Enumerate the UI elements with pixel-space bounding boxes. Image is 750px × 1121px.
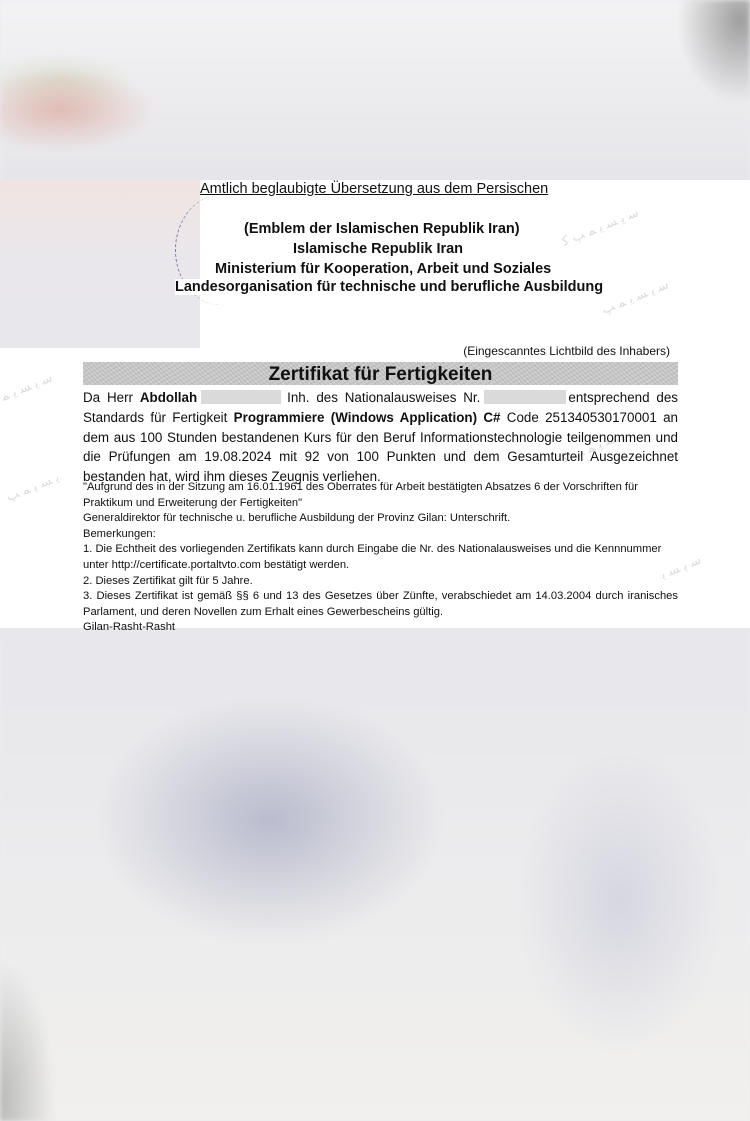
remark-item: 3. Dieses Zertifikat ist gemäß §§ 6 und … bbox=[83, 589, 678, 620]
translation-note: Amtlich beglaubigte Übersetzung aus dem … bbox=[200, 181, 540, 197]
redacted-surname bbox=[201, 390, 281, 404]
blurred-lower-region bbox=[0, 628, 750, 1121]
blurred-corner bbox=[0, 180, 200, 348]
ministry-line: Ministerium für Kooperation, Arbeit und … bbox=[215, 261, 551, 277]
watermark-pattern: ﺳ ﻳ ﺴ ﯾ ﻤ ﭗ bbox=[600, 277, 671, 317]
signatory: Generaldirektor für technische u. berufl… bbox=[83, 511, 678, 527]
redacted-id-number bbox=[484, 390, 566, 404]
emblem-line: (Emblem der Islamischen Republik Iran) bbox=[244, 221, 520, 237]
watermark-pattern: ﺳ ﻳ ﺴ ﯾ ﻤ ﭗ ﻛ bbox=[560, 205, 641, 249]
body-id-label: Inh. des Nationalausweises Nr. bbox=[287, 390, 480, 405]
remarks-heading: Bemerkungen: bbox=[83, 527, 678, 543]
photo-caption: (Eingescanntes Lichtbild des Inhabers) bbox=[463, 344, 670, 358]
certificate-notes: "Aufgrund des in der Sitzung am 16.01.19… bbox=[83, 480, 678, 636]
holder-name: Abdollah bbox=[140, 390, 197, 405]
body-prefix: Da Herr bbox=[83, 390, 140, 405]
skill-name: Programmiere (Windows Application) C# bbox=[234, 410, 501, 425]
watermark-pattern: ﺳ ﻳ ﺴ ﯾ ﻤ bbox=[0, 370, 55, 404]
remark-item: 2. Dieses Zertifikat gilt für 5 Jahre. bbox=[83, 574, 678, 590]
organisation-line: Landesorganisation für technische und be… bbox=[175, 279, 603, 295]
certificate-title: Zertifikat für Fertigkeiten bbox=[83, 362, 678, 388]
remark-item: 1. Die Echtheit des vorliegenden Zertifi… bbox=[83, 542, 678, 573]
country-line: Islamische Republik Iran bbox=[293, 241, 463, 257]
legal-basis: "Aufgrund des in der Sitzung am 16.01.19… bbox=[83, 480, 678, 511]
body-skill-prefix: für Fertigkeit bbox=[150, 410, 233, 425]
watermark-pattern: ﻳ ﺴ ﯾ ﻤ ﭗ bbox=[4, 470, 61, 505]
certificate-body: Da Herr AbdollahInh. des Nationalausweis… bbox=[83, 388, 678, 487]
